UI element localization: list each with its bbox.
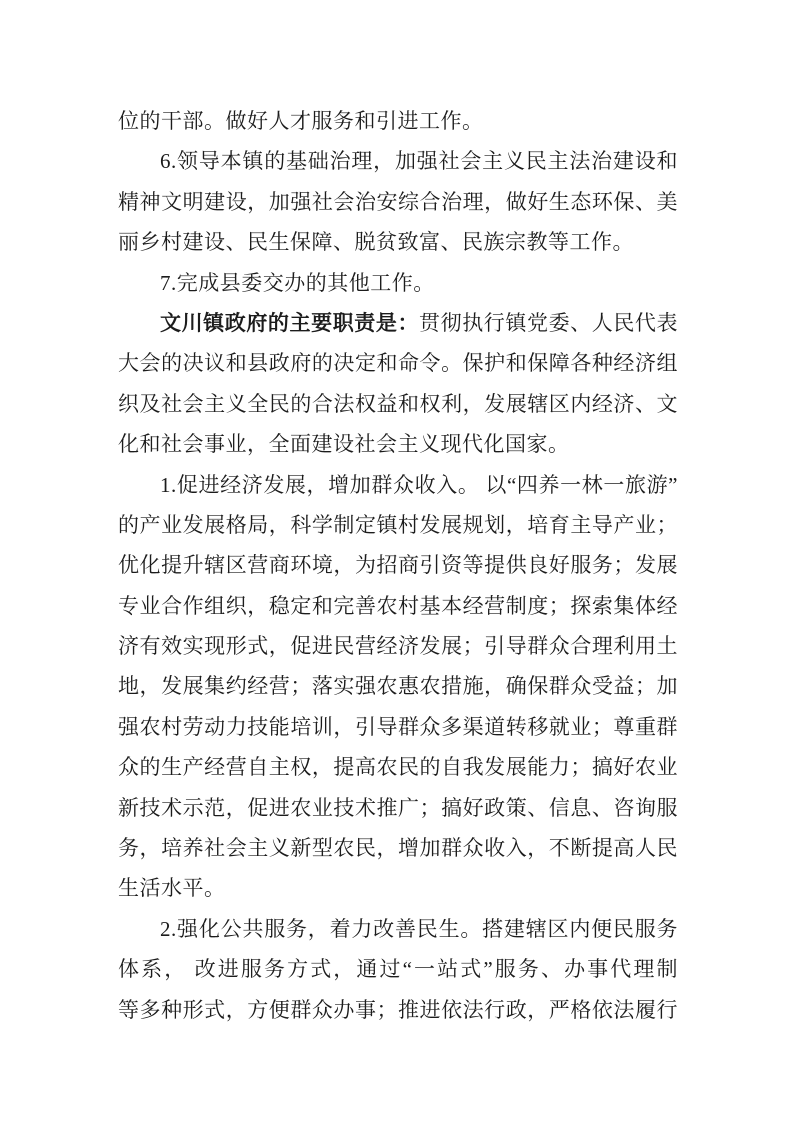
bold-heading: 文川镇政府的主要职责是： xyxy=(160,311,419,335)
text-line: 1.促进经济发展，增加群众收入。 以“四养一林一旅游” xyxy=(118,465,678,505)
text-segment: 6.领导本镇的基础治理，加强社会主义民主法治建设和 xyxy=(160,149,678,173)
text-segment: 织及社会主义全民的合法权益和权利，发展辖区内经济、文 xyxy=(118,392,678,416)
text-line: 位的干部。做好人才服务和引进工作。 xyxy=(118,101,678,141)
text-segment: 7.完成县委交办的其他工作。 xyxy=(160,271,435,295)
paragraph: 2.强化公共服务，着力改善民生。搭建辖区内便民服务体系， 改进服务方式，通过“一… xyxy=(118,909,678,1030)
text-line: 强农村劳动力技能培训，引导群众多渠道转移就业；尊重群 xyxy=(118,707,678,747)
text-segment: 化和社会事业，全面建设社会主义现代化国家。 xyxy=(118,432,570,456)
text-line: 新技术示范，促进农业技术推广；搞好政策、信息、咨询服 xyxy=(118,788,678,828)
text-segment: 优化提升辖区营商环境，为招商引资等提供良好服务；发展 xyxy=(118,553,678,577)
text-line: 生活水平。 xyxy=(118,868,678,908)
text-segment: 务，培养社会主义新型农民，增加群众收入，不断提高人民 xyxy=(118,836,678,860)
text-segment: 2.强化公共服务，着力改善民生。搭建辖区内便民服务 xyxy=(160,917,678,941)
document-body: 位的干部。做好人才服务和引进工作。6.领导本镇的基础治理，加强社会主义民主法治建… xyxy=(118,101,678,1030)
text-segment: 丽乡村建设、民生保障、脱贫致富、民族宗教等工作。 xyxy=(118,230,634,254)
text-segment: 1.促进经济发展，增加群众收入。 以“四养一林一旅游” xyxy=(160,473,678,497)
text-segment: 众的生产经营自主权，提高农民的自我发展能力；搞好农业 xyxy=(118,755,678,779)
text-segment: 大会的决议和县政府的决定和命令。保护和保障各种经济组 xyxy=(118,351,678,375)
text-line: 2.强化公共服务，着力改善民生。搭建辖区内便民服务 xyxy=(118,909,678,949)
text-line: 丽乡村建设、民生保障、脱贫致富、民族宗教等工作。 xyxy=(118,222,678,262)
text-line: 体系， 改进服务方式，通过“一站式”服务、办事代理制 xyxy=(118,949,678,989)
text-line: 地，发展集约经营；落实强农惠农措施，确保群众受益；加 xyxy=(118,666,678,706)
text-line: 务，培养社会主义新型农民，增加群众收入，不断提高人民 xyxy=(118,828,678,868)
text-line: 7.完成县委交办的其他工作。 xyxy=(118,263,678,303)
text-line: 大会的决议和县政府的决定和命令。保护和保障各种经济组 xyxy=(118,343,678,383)
text-segment: 济有效实现形式，促进民营经济发展；引导群众合理利用土 xyxy=(118,634,678,658)
paragraph: 1.促进经济发展，增加群众收入。 以“四养一林一旅游”的产业发展格局，科学制定镇… xyxy=(118,465,678,909)
text-line: 优化提升辖区营商环境，为招商引资等提供良好服务；发展 xyxy=(118,545,678,585)
paragraph: 文川镇政府的主要职责是：贯彻执行镇党委、人民代表大会的决议和县政府的决定和命令。… xyxy=(118,303,678,465)
text-segment: 强农村劳动力技能培训，引导群众多渠道转移就业；尊重群 xyxy=(118,715,678,739)
text-line: 织及社会主义全民的合法权益和权利，发展辖区内经济、文 xyxy=(118,384,678,424)
text-line: 化和社会事业，全面建设社会主义现代化国家。 xyxy=(118,424,678,464)
text-segment: 新技术示范，促进农业技术推广；搞好政策、信息、咨询服 xyxy=(118,796,678,820)
text-segment: 位的干部。做好人才服务和引进工作。 xyxy=(118,109,484,133)
text-segment: 体系， 改进服务方式，通过“一站式”服务、办事代理制 xyxy=(118,957,678,981)
text-line: 文川镇政府的主要职责是：贯彻执行镇党委、人民代表 xyxy=(118,303,678,343)
text-line: 等多种形式，方便群众办事；推进依法行政，严格依法履行 xyxy=(118,990,678,1030)
paragraph: 6.领导本镇的基础治理，加强社会主义民主法治建设和精神文明建设，加强社会治安综合… xyxy=(118,141,678,262)
text-line: 的产业发展格局，科学制定镇村发展规划，培育主导产业； xyxy=(118,505,678,545)
text-line: 6.领导本镇的基础治理，加强社会主义民主法治建设和 xyxy=(118,141,678,181)
document-page: 位的干部。做好人才服务和引进工作。6.领导本镇的基础治理，加强社会主义民主法治建… xyxy=(0,0,793,1122)
text-segment: 专业合作组织，稳定和完善农村基本经营制度；探索集体经 xyxy=(118,594,678,618)
text-segment: 的产业发展格局，科学制定镇村发展规划，培育主导产业； xyxy=(118,513,678,537)
text-segment: 地，发展集约经营；落实强农惠农措施，确保群众受益；加 xyxy=(118,674,678,698)
text-line: 济有效实现形式，促进民营经济发展；引导群众合理利用土 xyxy=(118,626,678,666)
text-segment: 等多种形式，方便群众办事；推进依法行政，严格依法履行 xyxy=(118,998,678,1022)
paragraph: 位的干部。做好人才服务和引进工作。 xyxy=(118,101,678,141)
paragraph: 7.完成县委交办的其他工作。 xyxy=(118,263,678,303)
text-line: 精神文明建设，加强社会治安综合治理，做好生态环保、美 xyxy=(118,182,678,222)
text-segment: 精神文明建设，加强社会治安综合治理，做好生态环保、美 xyxy=(118,190,678,214)
text-segment: 贯彻执行镇党委、人民代表 xyxy=(419,311,678,335)
text-line: 专业合作组织，稳定和完善农村基本经营制度；探索集体经 xyxy=(118,586,678,626)
text-segment: 生活水平。 xyxy=(118,876,226,900)
text-line: 众的生产经营自主权，提高农民的自我发展能力；搞好农业 xyxy=(118,747,678,787)
